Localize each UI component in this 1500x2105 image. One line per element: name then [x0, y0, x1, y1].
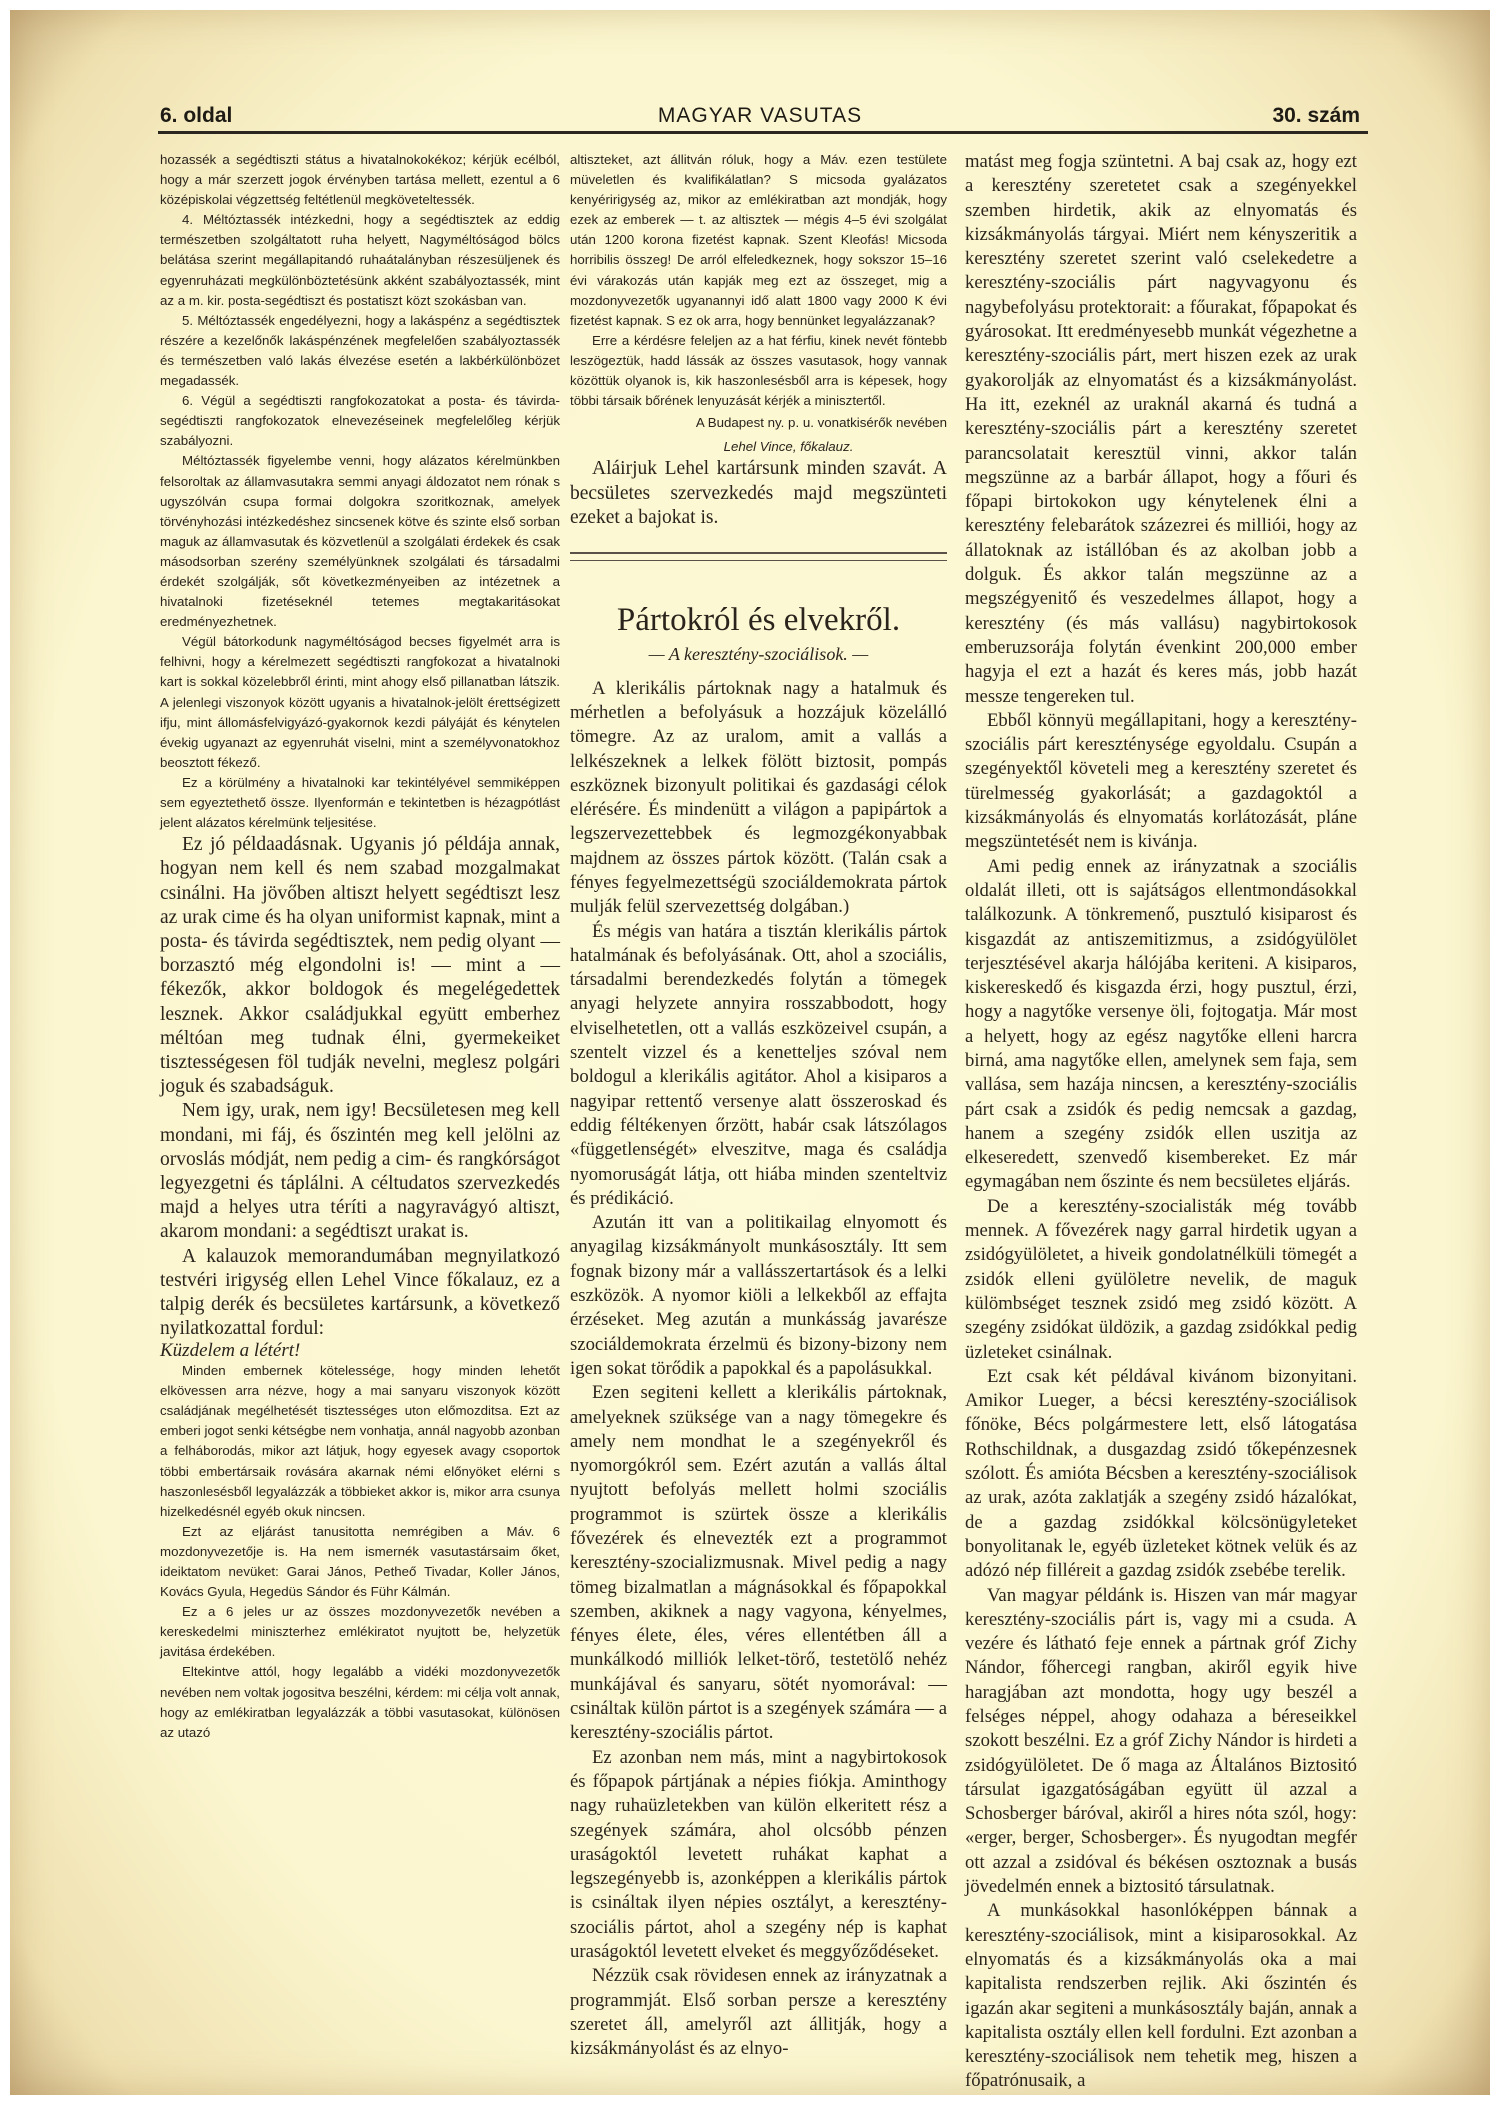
paragraph: Ez jó példaadásnak. Ugyanis jó példája a…: [160, 833, 560, 1099]
paragraph: Ami pedig ennek az irányzatnak a szociál…: [965, 855, 1357, 1195]
paragraph: Van magyar példánk is. Hiszen van már ma…: [965, 1584, 1357, 1900]
paragraph: Azután itt van a politikailag elnyomott …: [570, 1211, 947, 1381]
petition-section: hozassék a segédtiszti státus a hivataln…: [160, 150, 560, 833]
paragraph: hozassék a segédtiszti státus a hivataln…: [160, 150, 560, 210]
paragraph: 5. Méltóztassék engedélyezni, hogy a lak…: [160, 311, 560, 391]
paragraph: De a keresztény-szocialisták még tovább …: [965, 1195, 1357, 1365]
column-right: matást meg fogja szüntetni. A baj csak a…: [965, 150, 1357, 2094]
paragraph: Ezt csak két példával kivánom bizonyitan…: [965, 1365, 1357, 1584]
paragraph: Ez azonban nem más, mint a nagybirtokoso…: [570, 1746, 947, 1965]
issue-number: 30. szám: [1272, 104, 1360, 128]
paragraph: 6. Végül a segédtiszti rangfokozatokat a…: [160, 391, 560, 451]
paragraph: Végül bátorkodunk nagyméltóságod becses …: [160, 632, 560, 773]
header-rule: [158, 131, 1368, 134]
letter-heading: Küzdelem a létért!: [160, 1341, 560, 1361]
commentary-section: Ez jó példaadásnak. Ugyanis jó példája a…: [160, 833, 560, 1341]
paragraph: A klerikális pártoknak nagy a hatalmuk é…: [570, 677, 947, 920]
letter-continuation: altiszteket, azt állitván róluk, hogy a …: [570, 150, 947, 457]
column-middle: altiszteket, azt állitván róluk, hogy a …: [570, 150, 947, 2062]
paragraph: Ezt az eljárást tanusitotta nemrégiben a…: [160, 1522, 560, 1602]
paragraph: Eltekintve attól, hogy legalább a vidéki…: [160, 1662, 560, 1742]
paragraph: altiszteket, azt állitván róluk, hogy a …: [570, 150, 947, 331]
article-separator: [570, 552, 947, 561]
paragraph: Méltóztassék figyelembe venni, hogy aláz…: [160, 451, 560, 632]
column-left: hozassék a segédtiszti státus a hivataln…: [160, 150, 560, 1743]
article-body: A klerikális pártoknak nagy a hatalmuk é…: [570, 677, 947, 2062]
signature-name: Lehel Vince, főkalauz.: [570, 437, 947, 457]
paragraph: Ez a körülmény a hivatalnoki kar tekinté…: [160, 773, 560, 833]
paragraph: Minden embernek kötelessége, hogy minden…: [160, 1361, 560, 1522]
paragraph: Aláirjuk Lehel kartársunk minden szavát.…: [570, 457, 947, 530]
article-title: Pártokról és elvekről.: [570, 601, 947, 639]
paragraph: És mégis van határa a tisztán klerikális…: [570, 920, 947, 1212]
publication-title: MAGYAR VASUTAS: [160, 104, 1360, 128]
page-header: 6. oldal MAGYAR VASUTAS 30. szám: [160, 100, 1360, 134]
paragraph: Ebből könnyü megállapitani, hogy a keres…: [965, 709, 1357, 855]
article-subtitle: — A keresztény-szociálisok. —: [570, 645, 947, 665]
signature-line: A Budapest ny. p. u. vonatkisérők nevébe…: [570, 413, 947, 433]
paragraph: Erre a kérdésre feleljen az a hat férfiu…: [570, 331, 947, 411]
paragraph: Ezen segiteni kellett a klerikális párto…: [570, 1381, 947, 1745]
paragraph: Ez a 6 jeles ur az összes mozdonyvezetők…: [160, 1602, 560, 1662]
paragraph: A munkásokkal hasonlóképpen bánnak a ker…: [965, 1899, 1357, 2093]
paragraph: Nézzük csak rövidesen ennek az irányzatn…: [570, 1964, 947, 2061]
paragraph: 4. Méltóztassék intézkedni, hogy a segéd…: [160, 210, 560, 310]
paragraph: A kalauzok memorandumában megnyilatkozó …: [160, 1245, 560, 1342]
letter-section: Minden embernek kötelessége, hogy minden…: [160, 1361, 560, 1743]
paragraph: Nem igy, urak, nem igy! Becsületesen meg…: [160, 1099, 560, 1244]
paragraph: matást meg fogja szüntetni. A baj csak a…: [965, 150, 1357, 709]
closing-remark: Aláirjuk Lehel kartársunk minden szavát.…: [570, 457, 947, 530]
